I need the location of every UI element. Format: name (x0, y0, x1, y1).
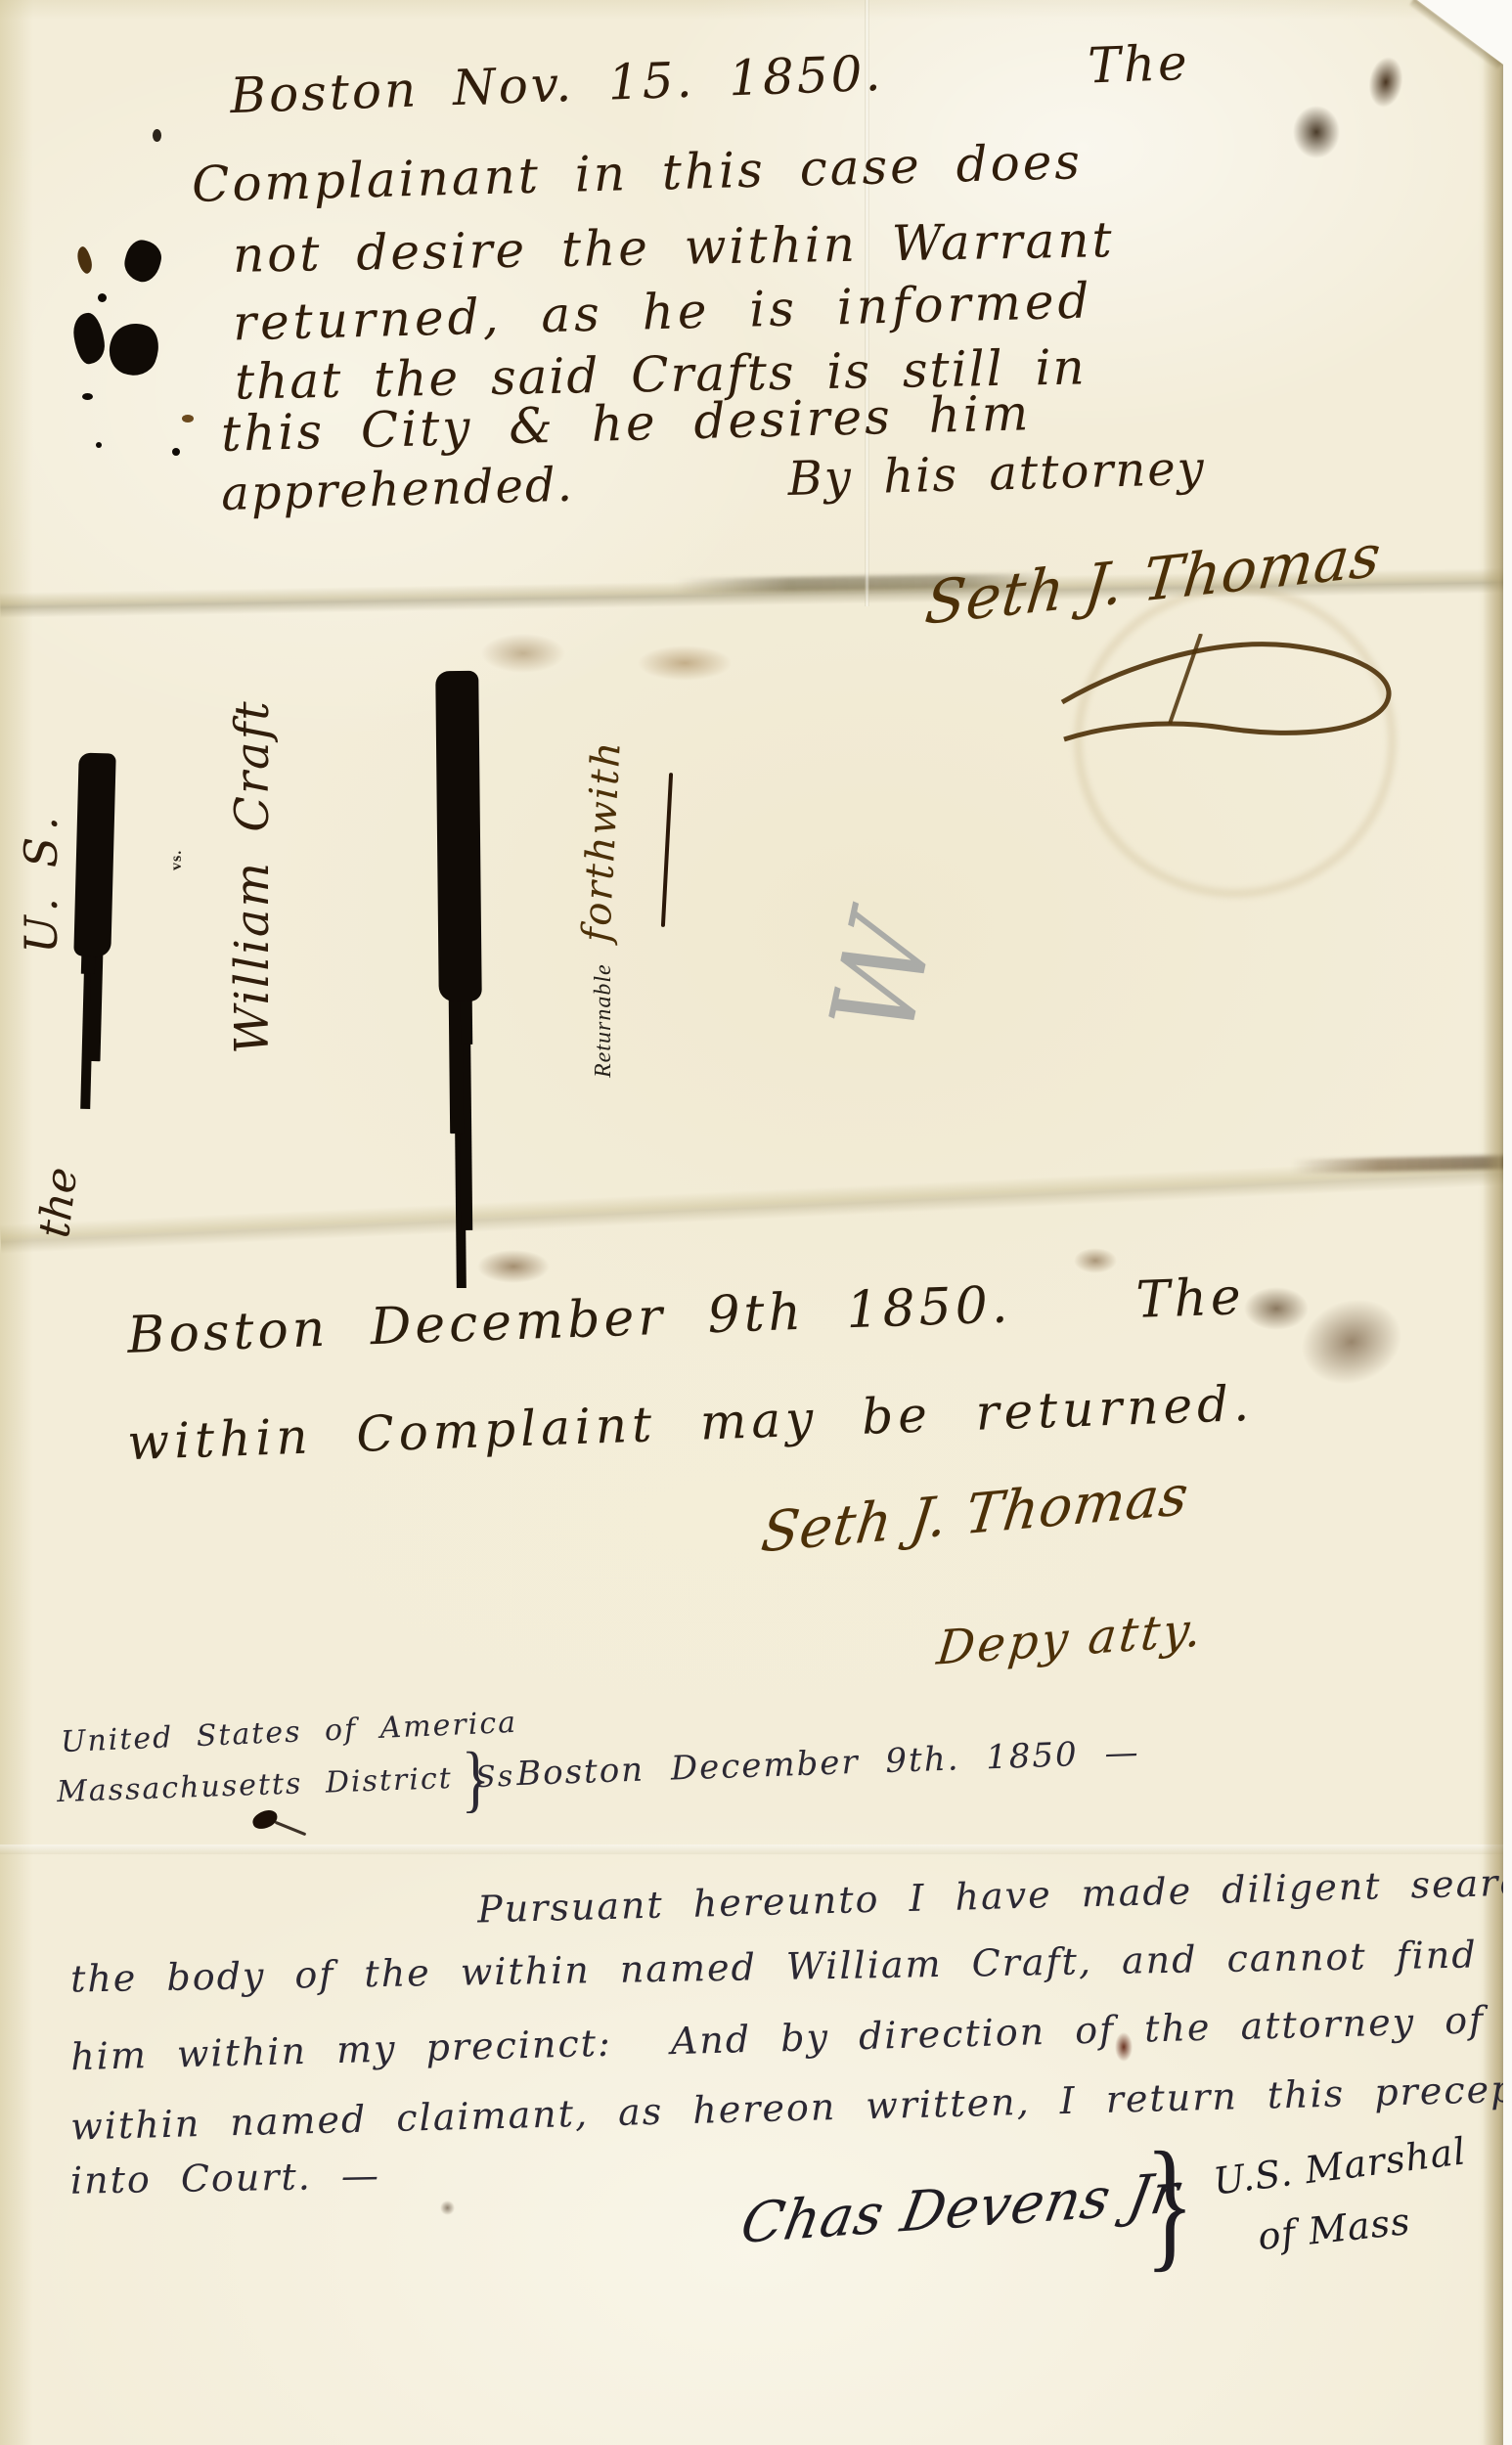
ink-blot (71, 311, 108, 366)
return-body-line: within named claimant, as hereon written… (70, 2066, 1512, 2151)
stain (440, 2200, 455, 2215)
redaction-bar (435, 671, 482, 1001)
document-page: Boston Nov. 15. 1850. The Complainant in… (0, 0, 1503, 2445)
caption-brace: } (462, 1737, 490, 1822)
handwritten-line: Boston December 9th 1850. The (126, 1266, 1246, 1368)
ink-speck (172, 448, 180, 456)
dog-ear-fold-edge (1409, 0, 1502, 70)
return-body-line: the body of the within named William Cra… (70, 1932, 1478, 2003)
fold-crease-lower (0, 1155, 1512, 1254)
ink-blot (102, 316, 167, 383)
caption-line: United States of America (60, 1705, 517, 1761)
docket-returnable-label: Returnable (591, 949, 617, 1078)
handwritten-line: within Complaint may be returned. (126, 1373, 1255, 1474)
handwritten-line: Complainant in this case does (191, 131, 1083, 215)
attorney-signature: Seth J. Thomas (757, 1461, 1192, 1568)
ink-speck (82, 393, 93, 400)
redaction-bar (73, 753, 115, 957)
fold-crease-faint (0, 1845, 1512, 1854)
ink-speck (182, 415, 194, 422)
ink-speck (98, 293, 107, 302)
stain (1290, 1286, 1413, 1399)
stain (638, 645, 732, 681)
marshal-office-line: of Mass (1256, 2199, 1413, 2261)
ink-blot (120, 237, 164, 285)
stain (481, 634, 565, 673)
stain (1365, 54, 1407, 110)
docket-versus-label: vs. (168, 822, 186, 870)
marshal-office-line: U.S. Marshal (1211, 2128, 1469, 2205)
ink-mark-tail (275, 1821, 307, 1837)
ink-speck (75, 245, 95, 275)
handwritten-line: Boston Nov. 15. 1850. The (229, 32, 1190, 127)
docket-plaintiff: U. S. (14, 758, 70, 954)
stain (477, 1250, 550, 1283)
ink-speck (153, 129, 161, 142)
dateline: Boston December 9th. 1850 — (515, 1732, 1140, 1796)
ink-speck (96, 442, 102, 448)
stain (1293, 106, 1340, 158)
marshal-brace: } (1145, 2130, 1194, 2277)
docket-notation: forthwith (572, 679, 635, 943)
pencil-mark: W (800, 857, 976, 1049)
docket-blank-rule (661, 773, 673, 927)
docket-defendant-name: William Craft (223, 663, 282, 1054)
ink-mark (250, 1807, 280, 1831)
return-body-line: him within my precinct: And by direction… (70, 1995, 1512, 2081)
caption-line: Massachusetts District Ss (56, 1758, 514, 1811)
attorney-title: Depy atty. (934, 1600, 1207, 1678)
return-body-line: Pursuant hereunto I have made diligent s… (477, 1856, 1512, 1934)
stain (1244, 1287, 1309, 1330)
return-body-line: into Court. — (70, 2153, 381, 2204)
signature-paraph (1054, 634, 1416, 761)
marshal-signature: Chas Devens Jr (735, 2159, 1184, 2259)
